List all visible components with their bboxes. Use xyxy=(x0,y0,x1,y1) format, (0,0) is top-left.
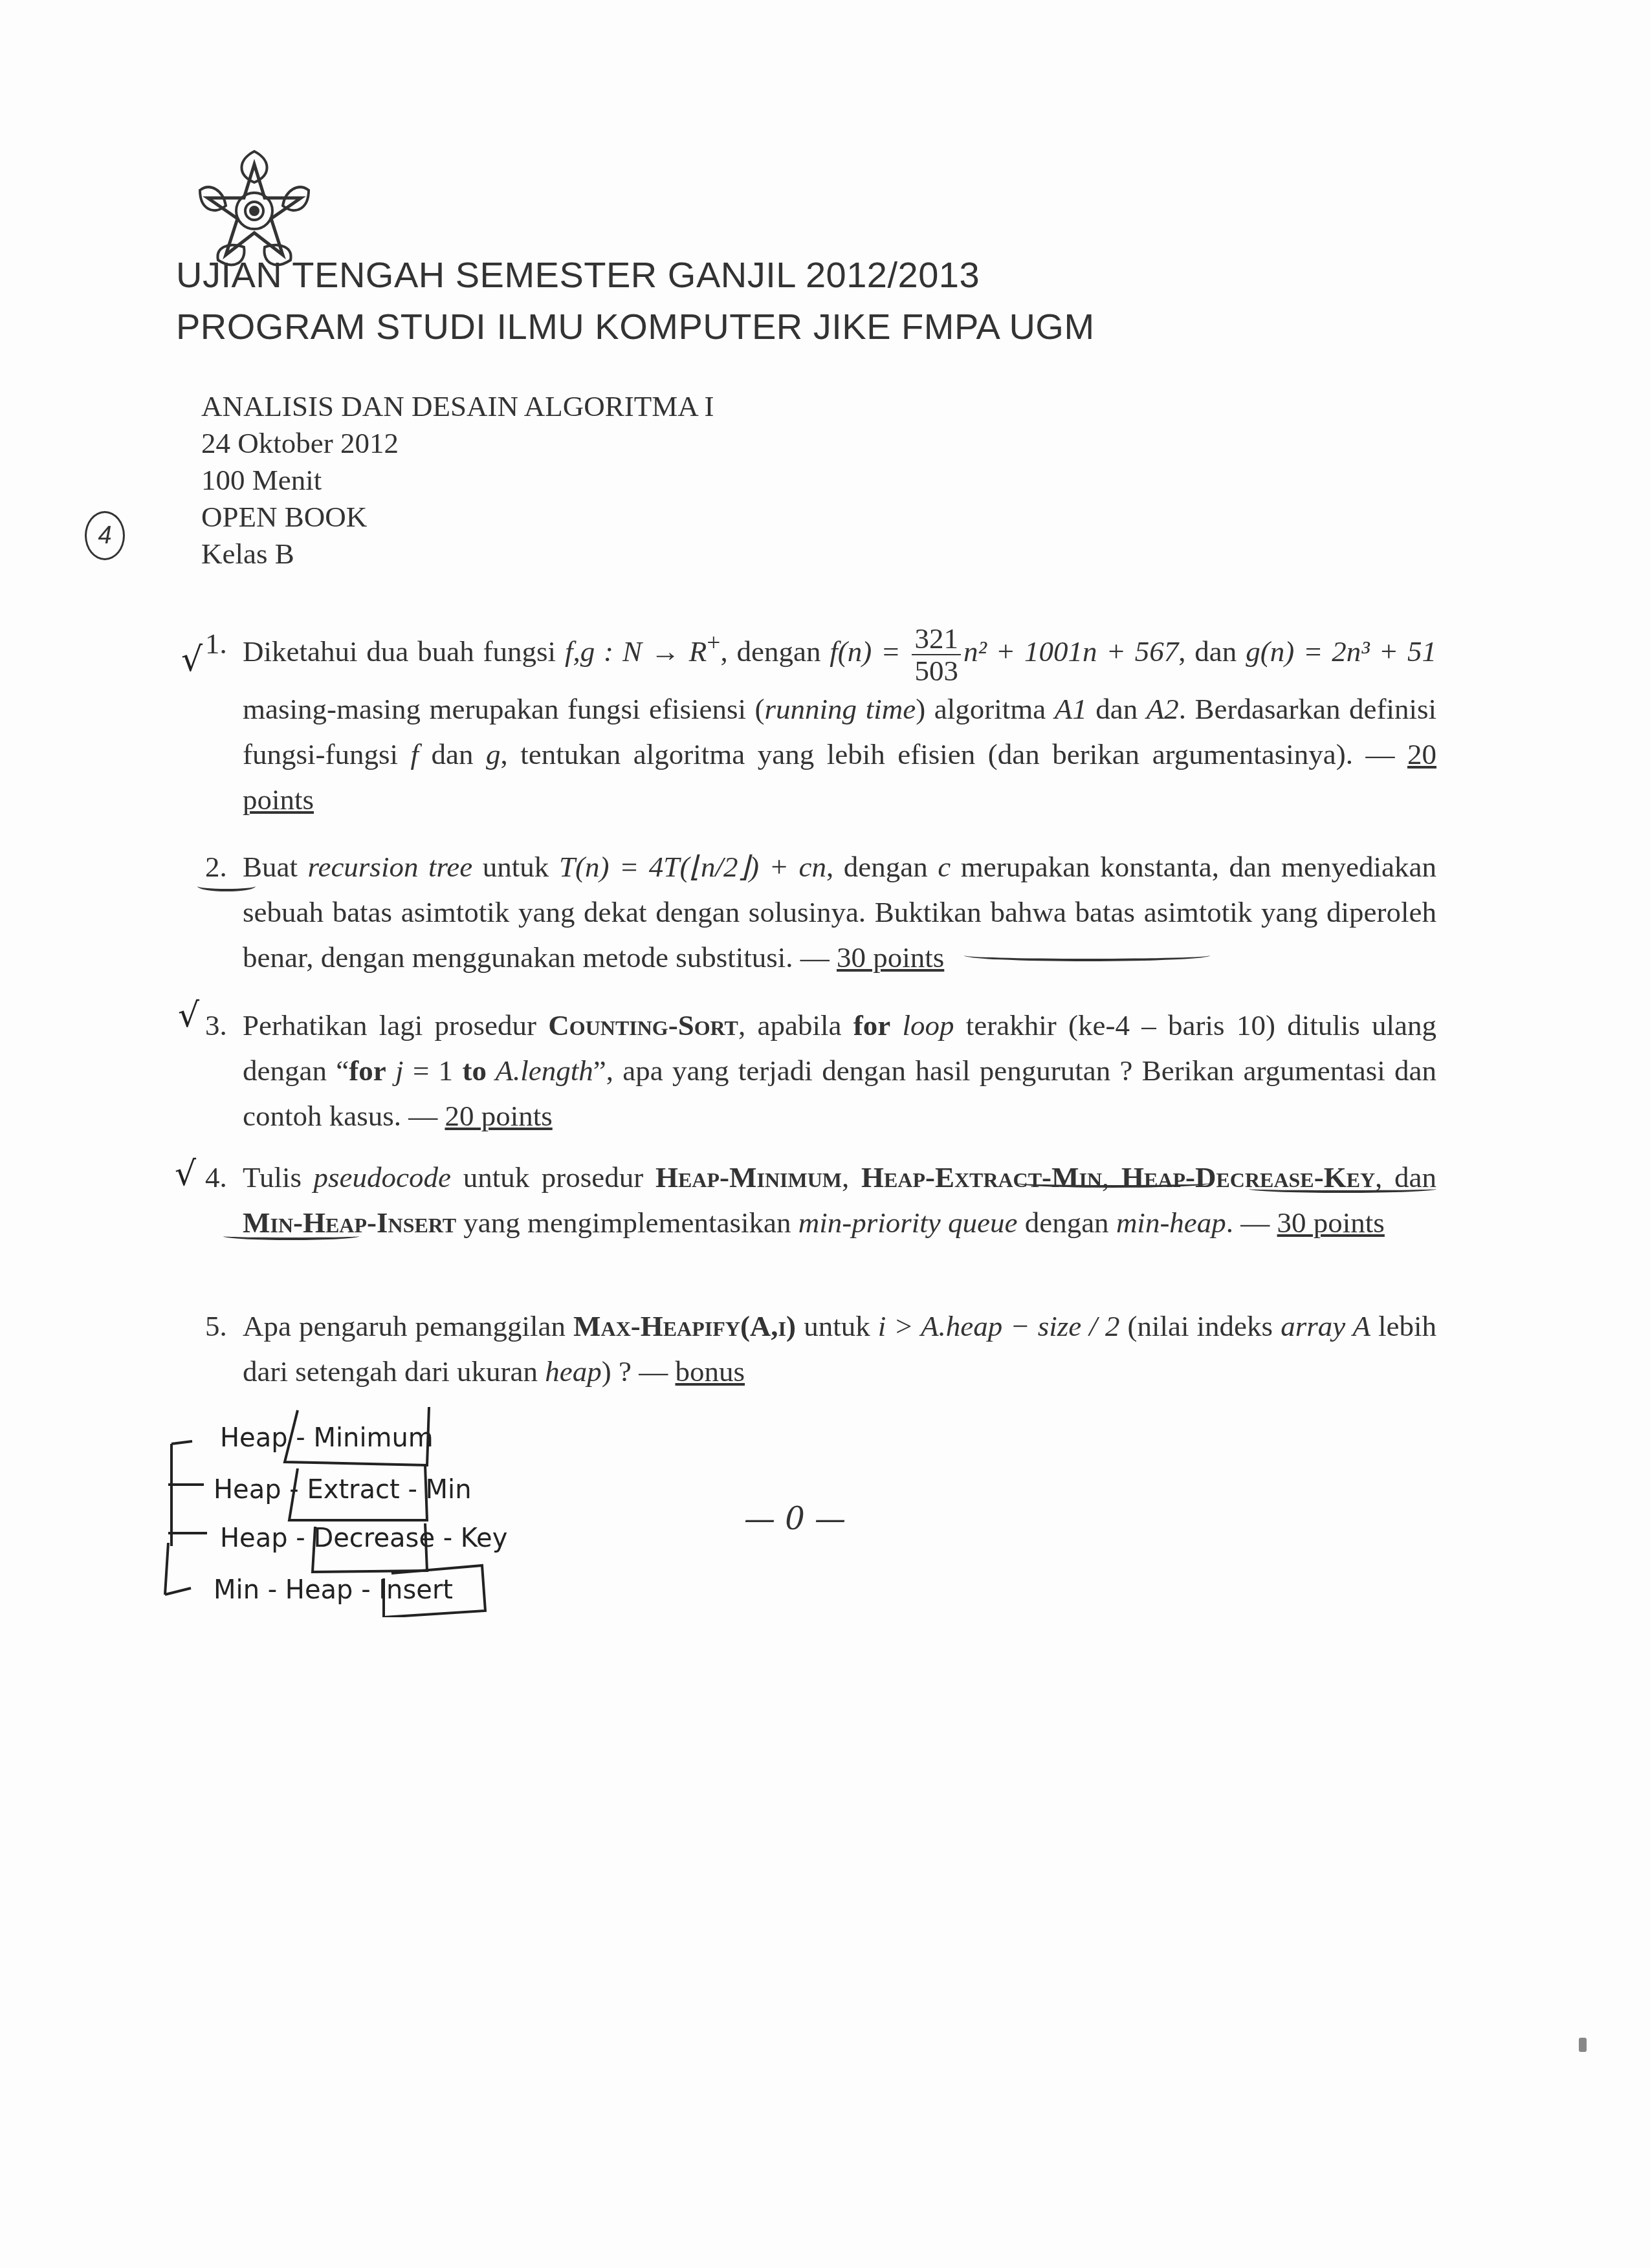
check-mark-icon: √ xyxy=(181,640,203,679)
program-title: PROGRAM STUDI ILMU KOMPUTER JIKE FMPA UG… xyxy=(176,305,1095,347)
exam-title: UJIAN TENGAH SEMESTER GANJIL 2012/2013 xyxy=(176,254,980,296)
course-name: ANALISIS DAN DESAIN ALGORITMA I xyxy=(201,388,714,425)
question-3: 3. Perhatikan lagi prosedur Counting-Sor… xyxy=(243,1003,1436,1139)
handwritten-underline xyxy=(1249,1185,1436,1193)
handwritten-notes: Heap - Minimum Heap - Extract - Min Heap… xyxy=(146,1404,547,1617)
question-4: 4. Tulis pseudocode untuk prosedur Heap-… xyxy=(243,1155,1436,1245)
note-line: Min - Heap - Insert xyxy=(214,1575,453,1605)
exam-mode: OPEN BOOK xyxy=(201,499,714,536)
handwritten-underline xyxy=(1016,1179,1210,1188)
exam-date: 24 Oktober 2012 xyxy=(201,425,714,462)
exam-duration: 100 Menit xyxy=(201,462,714,499)
points-label: 30 points xyxy=(837,941,944,974)
handwritten-underline xyxy=(964,950,1210,961)
circled-score-mark: 4 xyxy=(85,511,125,560)
exam-class: Kelas B xyxy=(201,536,714,572)
exam-page: UJIAN TENGAH SEMESTER GANJIL 2012/2013 P… xyxy=(0,0,1650,2268)
question-number: 4. xyxy=(205,1155,227,1200)
points-label: 20 points xyxy=(445,1100,552,1132)
check-mark-icon: √ xyxy=(178,996,199,1035)
note-line: Heap - Decrease - Key xyxy=(220,1523,507,1553)
question-5: 5. Apa pengaruh pemanggilan Max-Heapify(… xyxy=(243,1303,1436,1394)
question-number: 3. xyxy=(205,1003,227,1048)
question-2: 2. Buat recursion tree untuk T(n) = 4T(⌊… xyxy=(243,844,1436,980)
handwritten-underline xyxy=(197,881,256,891)
note-line: Heap - Extract - Min xyxy=(214,1475,472,1505)
end-of-exam-mark: — 0 — xyxy=(744,1501,846,1537)
handwritten-underline xyxy=(223,1232,359,1240)
note-line: Heap - Minimum xyxy=(220,1423,434,1453)
exam-meta: ANALISIS DAN DESAIN ALGORITMA I 24 Oktob… xyxy=(201,388,714,572)
fraction: 321503 xyxy=(912,623,961,686)
points-label: bonus xyxy=(676,1355,745,1388)
question-1: 1. Diketahui dua buah fungsi f,g : N → R… xyxy=(243,621,1436,822)
points-label: 30 points xyxy=(1277,1206,1385,1239)
question-number: 1. xyxy=(205,621,227,666)
question-number: 5. xyxy=(205,1303,227,1349)
check-mark-icon: √ xyxy=(175,1155,196,1194)
scan-speck xyxy=(1579,2038,1587,2052)
